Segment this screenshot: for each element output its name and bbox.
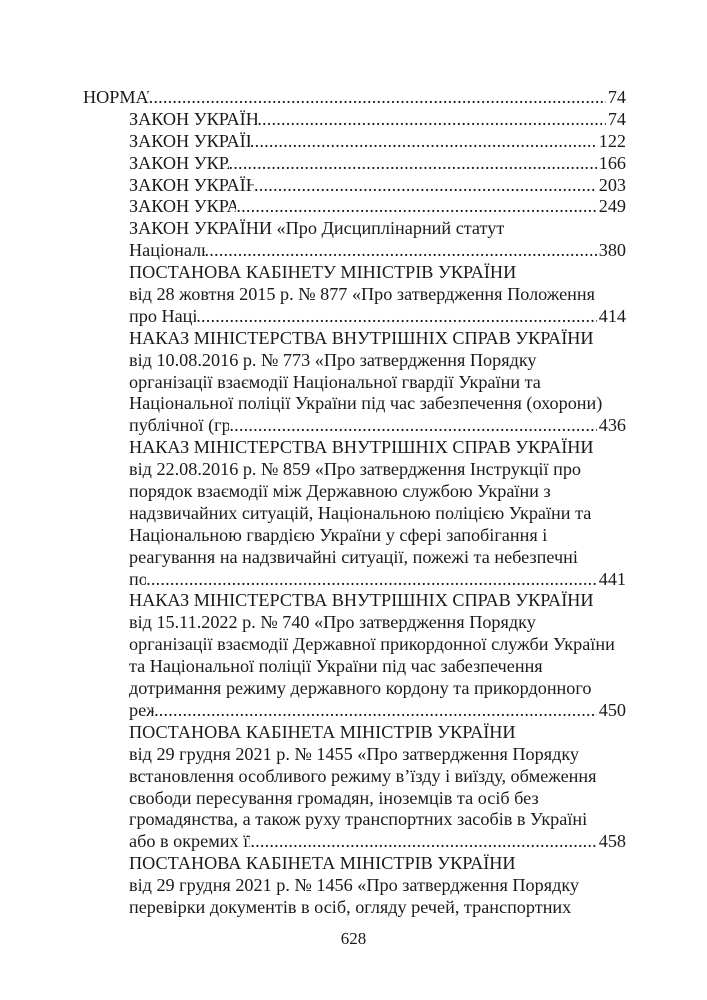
toc-entry-page: 249 — [597, 196, 626, 218]
toc-entry-text: від 29 грудня 2021 р. № 1455 «Про затвер… — [129, 744, 579, 766]
toc-entry-line[interactable]: ЗАКОН УКРАЇНИ «Про основи національного … — [83, 175, 626, 197]
toc-entry-line[interactable]: ПОСТАНОВА КАБІНЕТА МІНІСТРІВ УКРАЇНИ — [83, 853, 626, 875]
toc-entry-line[interactable]: свободи пересування громадян, іноземців … — [83, 788, 626, 810]
toc-entry-text: ЗАКОН УКРАЇНИ «Про оборону України» — [129, 153, 229, 175]
toc-entry-text: ПОСТАНОВА КАБІНЕТА МІНІСТРІВ УКРАЇНИ — [129, 853, 516, 875]
toc-entry-line[interactable]: встановлення особливого режиму в’їзду і … — [83, 766, 626, 788]
toc-entry-text: Національної поліції України під час заб… — [129, 393, 602, 415]
toc-entry-text: про Національну поліцію» — [129, 306, 196, 328]
toc-entry-text: ЗАКОН УКРАЇНИ «Про основи національного … — [129, 175, 254, 197]
toc-entry-line[interactable]: ЗАКОН УКРАЇНИ «Про Національну поліцію» … — [83, 196, 626, 218]
toc-entry-line[interactable]: ЗАКОН УКРАЇНИ «Про національну безпеку У… — [83, 131, 626, 153]
toc-entry-page: 450 — [597, 700, 626, 722]
leader-dots — [254, 175, 597, 197]
toc-entry-page: 203 — [597, 175, 626, 197]
toc-entry-line[interactable]: Національної поліції України під час заб… — [83, 393, 626, 415]
toc-entry-text: ЗАКОН УКРАЇНИ «Про національну безпеку У… — [129, 131, 250, 153]
toc-entry-text: ЗАКОН УКРАЇНИ «Про правовий режим воєнно… — [129, 109, 257, 131]
toc-entry-line[interactable]: ЗАКОН УКРАЇНИ «Про оборону України»166 — [83, 153, 626, 175]
toc-entry-text: свободи пересування громадян, іноземців … — [129, 788, 539, 810]
leader-dots — [250, 131, 597, 153]
toc-entry-text: дотримання режиму державного кордону та … — [129, 678, 591, 700]
toc-entry-text: НАКАЗ МІНІСТЕРСТВА ВНУТРІШНІХ СПРАВ УКРА… — [129, 590, 594, 612]
toc-entry-line[interactable]: ЗАКОН УКРАЇНИ «Про правовий режим воєнно… — [83, 109, 626, 131]
toc-entry-line[interactable]: надзвичайних ситуацій, Національною полі… — [83, 503, 626, 525]
toc-entry-text: від 29 грудня 2021 р. № 1456 «Про затвер… — [129, 875, 579, 897]
leader-dots — [154, 700, 597, 722]
leader-dots — [236, 196, 596, 218]
leader-dots — [250, 831, 596, 853]
toc-section-title: НОРМАТИВНА БАЗА — [83, 87, 149, 109]
leader-dots — [257, 109, 606, 131]
toc-entry-text: та Національної поліції України під час … — [129, 656, 543, 678]
toc-entry-text: від 10.08.2016 р. № 773 «Про затвердженн… — [129, 350, 537, 372]
toc-entry-page: 380 — [597, 240, 626, 262]
document-page: НОРМАТИВНА БАЗА 74 ЗАКОН УКРАЇНИ «Про пр… — [0, 0, 707, 1000]
toc-entry-line[interactable]: НАКАЗ МІНІСТЕРСТВА ВНУТРІШНІХ СПРАВ УКРА… — [83, 437, 626, 459]
toc-section-heading[interactable]: НОРМАТИВНА БАЗА 74 — [83, 87, 626, 109]
toc-entry-line[interactable]: від 29 грудня 2021 р. № 1455 «Про затвер… — [83, 744, 626, 766]
toc-entry-line[interactable]: НАКАЗ МІНІСТЕРСТВА ВНУТРІШНІХ СПРАВ УКРА… — [83, 590, 626, 612]
toc-entry-page: 414 — [597, 306, 626, 328]
toc-entry-line[interactable]: ЗАКОН УКРАЇНИ «Про Дисциплінарний статут — [83, 218, 626, 240]
toc-entry-text: встановлення особливого режиму в’їзду і … — [129, 766, 597, 788]
toc-entry-text: НАКАЗ МІНІСТЕРСТВА ВНУТРІШНІХ СПРАВ УКРА… — [129, 437, 594, 459]
toc-section-page: 74 — [606, 87, 626, 109]
toc-entry-text: Національною гвардією України у сфері за… — [129, 525, 547, 547]
toc-entry-text: від 28 жовтня 2015 р. № 877 «Про затверд… — [129, 284, 595, 306]
leader-dots — [229, 153, 597, 175]
toc-entry-line[interactable]: від 22.08.2016 р. № 859 «Про затвердженн… — [83, 459, 626, 481]
toc-entry-text: публічної (громадської) безпеки і порядк… — [129, 415, 229, 437]
toc-entry-text: від 22.08.2016 р. № 859 «Про затвердженн… — [129, 459, 581, 481]
toc-entry-line[interactable]: або в окремих її місцевостях, де введено… — [83, 831, 626, 853]
toc-entry-line[interactable]: режиму» 450 — [83, 700, 626, 722]
leader-dots — [229, 415, 596, 437]
toc-entry-text: ПОСТАНОВА КАБІНЕТА МІНІСТРІВ УКРАЇНИ — [129, 722, 516, 744]
leader-dots — [149, 87, 606, 109]
toc-entry-line[interactable]: про Національну поліцію»414 — [83, 306, 626, 328]
toc-entry-line[interactable]: організації взаємодії Національної гвард… — [83, 372, 626, 394]
toc-entry-line[interactable]: ПОСТАНОВА КАБІНЕТУ МІНІСТРІВ УКРАЇНИ — [83, 262, 626, 284]
toc-entry-line[interactable]: організації взаємодії Державної прикордо… — [83, 634, 626, 656]
leader-dots — [196, 306, 596, 328]
page-number: 628 — [0, 929, 707, 949]
leader-dots — [146, 569, 597, 591]
leader-dots — [205, 240, 597, 262]
toc-entry-text: громадянства, а також руху транспортних … — [129, 809, 587, 831]
toc-entry-page: 74 — [606, 109, 626, 131]
toc-entry-line[interactable]: та Національної поліції України під час … — [83, 656, 626, 678]
toc-entry-page: 166 — [597, 153, 626, 175]
toc-entry-line[interactable]: події»441 — [83, 569, 626, 591]
toc-entry-line[interactable]: НАКАЗ МІНІСТЕРСТВА ВНУТРІШНІХ СПРАВ УКРА… — [83, 328, 626, 350]
toc-entry-text: перевірки документів в осіб, огляду рече… — [129, 897, 571, 919]
toc-entry-text: надзвичайних ситуацій, Національною полі… — [129, 503, 591, 525]
toc-entry-text: організації взаємодії Національної гвард… — [129, 372, 541, 394]
toc-entry-line[interactable]: дотримання режиму державного кордону та … — [83, 678, 626, 700]
toc-entry-text: організації взаємодії Державної прикордо… — [129, 634, 615, 656]
toc-entry-line[interactable]: від 28 жовтня 2015 р. № 877 «Про затверд… — [83, 284, 626, 306]
toc-entry-line[interactable]: від 15.11.2022 р. № 740 «Про затвердженн… — [83, 612, 626, 634]
toc-entry-text: події» — [129, 569, 146, 591]
toc-entry-text: ЗАКОН УКРАЇНИ «Про Дисциплінарний статут — [129, 218, 504, 240]
toc-entry-line[interactable]: публічної (громадської) безпеки і порядк… — [83, 415, 626, 437]
toc-entry-line[interactable]: ПОСТАНОВА КАБІНЕТА МІНІСТРІВ УКРАЇНИ — [83, 722, 626, 744]
toc-entry-text: реагування на надзвичайні ситуації, поже… — [129, 547, 578, 569]
toc-entry-text: порядок взаємодії між Державною службою … — [129, 481, 551, 503]
toc-entry-text: Національної поліції України» — [129, 240, 205, 262]
toc-entry-text: ЗАКОН УКРАЇНИ «Про Національну поліцію» — [129, 196, 236, 218]
toc-entry-line[interactable]: реагування на надзвичайні ситуації, поже… — [83, 547, 626, 569]
toc-entry-page: 441 — [597, 569, 626, 591]
toc-entry-line[interactable]: від 29 грудня 2021 р. № 1456 «Про затвер… — [83, 875, 626, 897]
toc-entry-line[interactable]: громадянства, а також руху транспортних … — [83, 809, 626, 831]
toc-entry-text: від 15.11.2022 р. № 740 «Про затвердженн… — [129, 612, 536, 634]
toc-entry-text: режиму» — [129, 700, 154, 722]
toc-entry-page: 436 — [597, 415, 626, 437]
table-of-contents: НОРМАТИВНА БАЗА 74 ЗАКОН УКРАЇНИ «Про пр… — [83, 87, 626, 919]
toc-entry-text: ПОСТАНОВА КАБІНЕТУ МІНІСТРІВ УКРАЇНИ — [129, 262, 516, 284]
toc-entry-line[interactable]: Національною гвардією України у сфері за… — [83, 525, 626, 547]
toc-entry-page: 458 — [597, 831, 626, 853]
toc-entry-line[interactable]: від 10.08.2016 р. № 773 «Про затвердженн… — [83, 350, 626, 372]
toc-entry-line[interactable]: Національної поліції України»380 — [83, 240, 626, 262]
toc-entry-page: 122 — [597, 131, 626, 153]
toc-entry-line[interactable]: порядок взаємодії між Державною службою … — [83, 481, 626, 503]
toc-entry-text: або в окремих її місцевостях, де введено… — [129, 831, 250, 853]
toc-entry-text: НАКАЗ МІНІСТЕРСТВА ВНУТРІШНІХ СПРАВ УКРА… — [129, 328, 594, 350]
toc-entry-line[interactable]: перевірки документів в осіб, огляду рече… — [83, 897, 626, 919]
